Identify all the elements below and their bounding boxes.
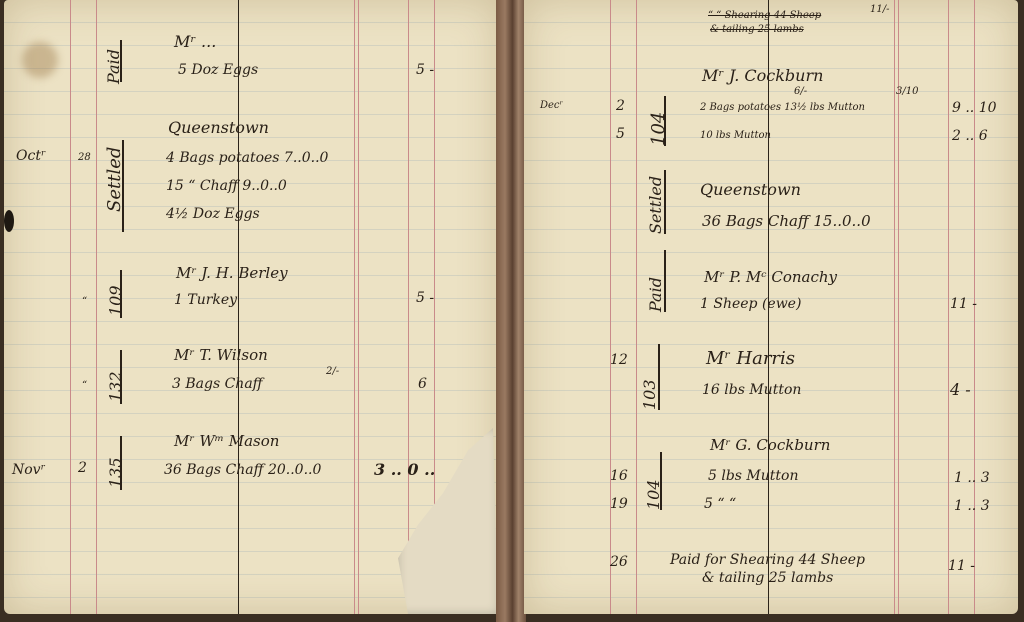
entry-item: 10 lbs Mutton xyxy=(700,130,771,141)
margin-rule xyxy=(636,0,637,614)
entry-item: 4½ Doz Eggs xyxy=(166,206,260,222)
column-rule xyxy=(948,0,949,614)
folio-bar xyxy=(120,436,122,490)
entry-day: 5 xyxy=(616,126,625,142)
folio-bar xyxy=(122,140,124,232)
entry-rate: 2/- xyxy=(326,366,339,377)
entry-amount: 11 - xyxy=(950,296,977,312)
ledger-photo: Paid Mʳ ... 5 Doz Eggs 5 - Octʳ 28 Settl… xyxy=(0,0,1024,622)
binding-hole xyxy=(4,210,14,232)
entry-day: 28 xyxy=(78,152,91,163)
entry-name: Queenstown xyxy=(168,118,269,137)
folio-status: Settled xyxy=(646,176,665,234)
entry-item: 2 Bags potatoes 13½ lbs Mutton xyxy=(700,102,865,113)
entry-rate: 11/- xyxy=(870,4,889,15)
folio-number: 109 xyxy=(106,285,125,316)
entry-amount: 6 xyxy=(418,376,427,392)
folio-bar xyxy=(664,250,666,312)
entry-item: 15 “ Chaff 9..0..0 xyxy=(166,178,287,194)
entry-name: Mʳ J. Cockburn xyxy=(702,66,823,85)
column-rule xyxy=(354,0,359,614)
entry-day: 26 xyxy=(610,554,628,570)
entry-day: “ xyxy=(82,296,87,307)
folio-bar xyxy=(664,170,666,234)
entry-name: Mʳ Wᵐ Mason xyxy=(174,432,279,450)
entry-item: & tailing 25 lambs xyxy=(702,570,833,586)
entry-amount: 1 .. 3 xyxy=(954,498,990,514)
folio-bar xyxy=(658,344,660,410)
entry-item: 1 Turkey xyxy=(174,292,237,308)
entry-amount: 5 - xyxy=(416,290,434,306)
folio-bar xyxy=(120,270,122,318)
column-rule xyxy=(408,0,409,614)
entry-name: Mʳ P. Mᶜ Conachy xyxy=(704,268,837,286)
folio-number: 132 xyxy=(106,371,125,402)
folio-bar xyxy=(660,452,662,510)
entry-item: 1 Sheep (ewe) xyxy=(700,296,801,312)
entry-day: 16 xyxy=(610,468,628,484)
entry-amount: 2 .. 6 xyxy=(952,128,988,144)
folio-bar xyxy=(120,350,122,404)
entry-month: Novʳ xyxy=(12,462,45,478)
entry-name: Mʳ J. H. Berley xyxy=(176,264,288,282)
entry-item: 5 lbs Mutton xyxy=(708,468,798,484)
book-spine xyxy=(496,0,526,622)
entry-amount: 4 - xyxy=(950,380,971,399)
entry-rate: 3/10 xyxy=(896,86,918,97)
entry-day: 2 xyxy=(78,460,87,476)
fold-crease xyxy=(238,0,239,614)
entry-name: Mʳ ... xyxy=(174,32,216,51)
folio-bar xyxy=(664,96,666,146)
entry-name: Mʳ Harris xyxy=(706,348,795,369)
entry-item: Paid for Shearing 44 Sheep xyxy=(670,552,865,568)
entry-item: 36 Bags Chaff 15..0..0 xyxy=(702,212,871,230)
folio-number: 135 xyxy=(106,457,125,488)
entry-item: 4 Bags potatoes 7..0..0 xyxy=(166,150,328,166)
entry-rate: 6/- xyxy=(794,86,807,97)
entry-month: Octʳ xyxy=(16,148,46,164)
entry-day: 12 xyxy=(610,352,628,368)
entry-item: 16 lbs Mutton xyxy=(702,382,801,398)
folio-number: 103 xyxy=(640,379,659,410)
entry-day: 19 xyxy=(610,496,628,512)
entry-amount: 9 .. 10 xyxy=(952,100,997,116)
folio-status: Paid xyxy=(646,277,665,312)
entry-amount: 1 .. 3 xyxy=(954,470,990,486)
margin-rule xyxy=(610,0,611,614)
margin-rule xyxy=(70,0,71,614)
entry-name: Queenstown xyxy=(700,180,801,199)
entry-name: Mʳ T. Wilson xyxy=(174,346,268,364)
right-page: “ “ Shearing 44 Sheep & tailing 25 lambs… xyxy=(524,0,1018,614)
entry-name: Mʳ G. Cockburn xyxy=(710,436,830,454)
entry-amount: 11 - xyxy=(948,558,975,574)
entry-amount: 3 .. 0 .. xyxy=(374,460,435,479)
entry-day: “ xyxy=(82,380,87,391)
entry-day: 2 xyxy=(616,98,625,114)
entry-month: Decʳ xyxy=(540,100,563,111)
entry-amount: 5 - xyxy=(416,62,434,78)
entry-item: 5 Doz Eggs xyxy=(178,62,258,78)
struck-item: & tailing 25 lambs xyxy=(710,24,804,35)
margin-rule xyxy=(96,0,97,614)
ink-stain xyxy=(22,42,58,78)
entry-item: 3 Bags Chaff xyxy=(172,376,263,392)
folio-bar xyxy=(120,40,122,82)
struck-item: “ “ Shearing 44 Sheep xyxy=(708,10,821,21)
entry-item: 5 “ “ xyxy=(704,496,736,512)
entry-item: 36 Bags Chaff 20..0..0 xyxy=(164,462,321,478)
